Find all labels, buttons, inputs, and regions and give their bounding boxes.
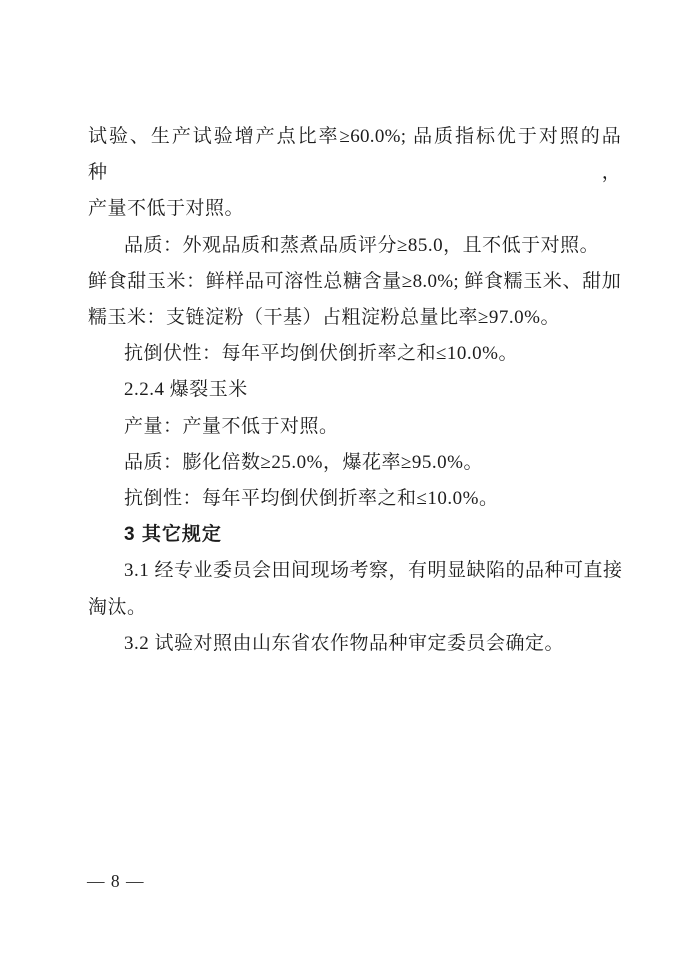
text-line: 3.2 试验对照由山东省农作物品种审定委员会确定。 [88,626,621,662]
document-page: 试验、生产试验增产点比率≥60.0%; 品质指标优于对照的品种， 产量不低于对照… [0,0,690,975]
text-line: 产量不低于对照。 [88,191,621,227]
text-line: 糯玉米：支链淀粉（干基）占粗淀粉总量比率≥97.0%。 [88,300,621,336]
text-line: 品质：外观品质和蒸煮品质评分≥85.0，且不低于对照。 [88,228,621,264]
text-line: 品质：膨化倍数≥25.0%，爆花率≥95.0%。 [88,445,621,481]
text-line: 产量：产量不低于对照。 [88,409,621,445]
text-line: 3.1 经专业委员会田间现场考察，有明显缺陷的品种可直接 [88,553,621,589]
page-number: — 8 — [87,871,145,892]
text-line: 鲜食甜玉米：鲜样品可溶性总糖含量≥8.0%; 鲜食糯玉米、甜加 [88,264,621,300]
section-number-2-2-4: 2.2.4 爆裂玉米 [88,372,621,408]
text-line: 抗倒性：每年平均倒伏倒折率之和≤10.0%。 [88,481,621,517]
text-line: 抗倒伏性：每年平均倒伏倒折率之和≤10.0%。 [88,336,621,372]
text-line: 试验、生产试验增产点比率≥60.0%; 品质指标优于对照的品种， [88,119,621,191]
document-body: 试验、生产试验增产点比率≥60.0%; 品质指标优于对照的品种， 产量不低于对照… [88,119,621,662]
text-line: 淘汰。 [88,590,621,626]
section-heading: 3 其它规定 [88,517,621,553]
